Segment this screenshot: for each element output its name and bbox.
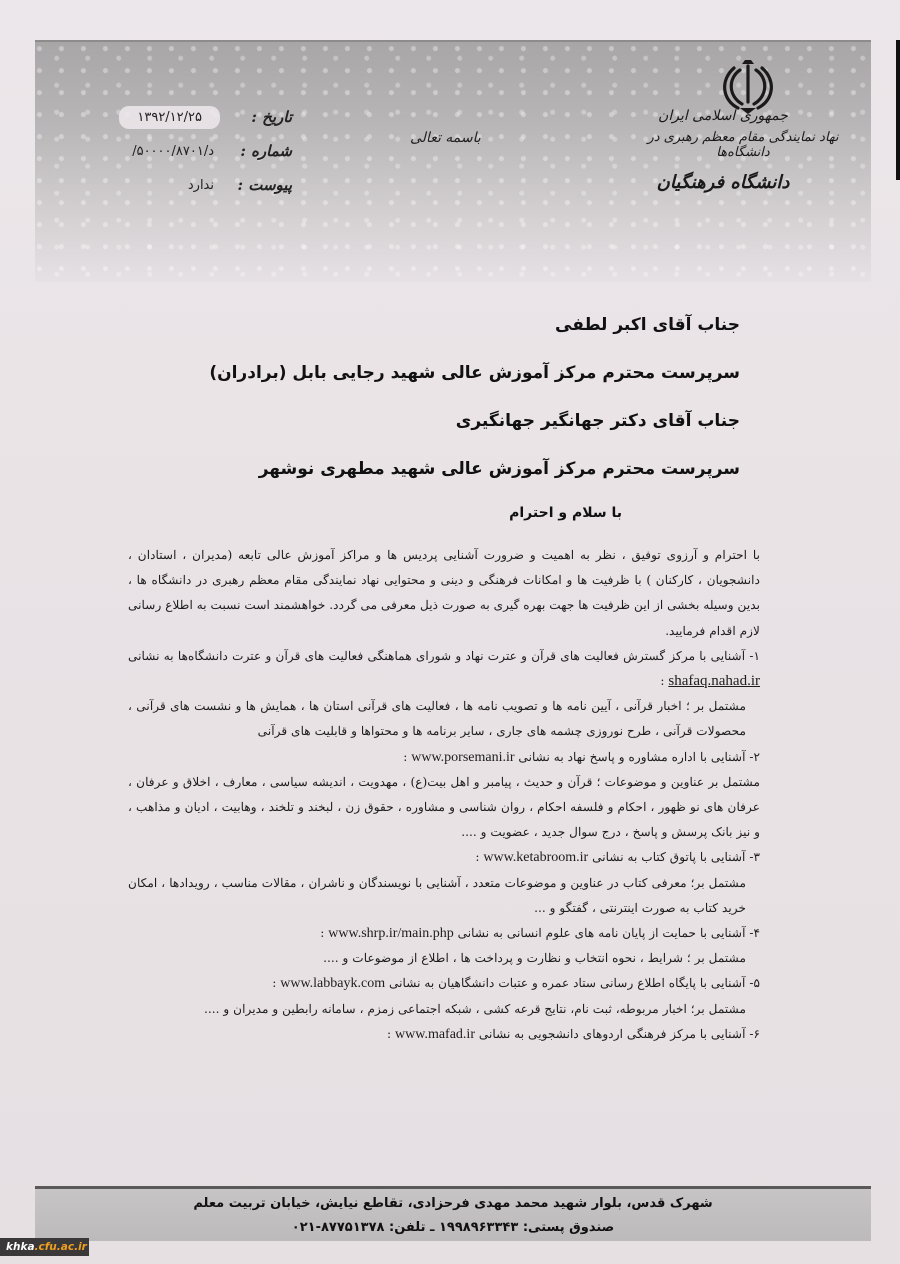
greeting: با سلام و احترام: [509, 505, 622, 521]
letter-body: با احترام و آرزوی توفیق ، نظر به اهمیت و…: [128, 543, 760, 1047]
addressee-1: جناب آقای اکبر لطفی: [209, 310, 740, 358]
item-5-desc: مشتمل بر؛ اخبار مربوطه، ثبت نام، نتایج ق…: [128, 997, 760, 1022]
scanned-letter: جمهوری اسلامی ایران نهاد نمایندگی مقام م…: [0, 0, 900, 1264]
basmala: باسمه تعالی: [410, 130, 481, 146]
item-6-title: ۶- آشنایی با مرکز فرهنگی اردوهای دانشجوی…: [128, 1022, 760, 1047]
attachment-label: پیوست :: [232, 176, 292, 194]
item-3-link[interactable]: www.ketabroom.ir: [483, 850, 588, 865]
item-5-title: ۵- آشنایی با پایگاه اطلاع رسانی ستاد عمر…: [128, 971, 760, 996]
item-2-title: ۲- آشنایی با اداره مشاوره و پاسخ نهاد به…: [128, 745, 760, 770]
date-row: تاریخ : ۱۳۹۲/۱۲/۲۵: [62, 100, 292, 134]
number-row: شماره : د/۵۰۰۰۰/۸۷۰۱/: [62, 134, 292, 168]
scan-edge: [896, 40, 900, 180]
date-value: ۱۳۹۲/۱۲/۲۵: [119, 106, 220, 129]
attachment-value: ندارد: [188, 178, 214, 193]
organization-name: نهاد نمایندگی مقام معظم رهبری در دانشگاه…: [628, 130, 858, 160]
item-4-title: ۴- آشنایی با حمایت از پایان نامه های علو…: [128, 921, 760, 946]
letter-meta: تاریخ : ۱۳۹۲/۱۲/۲۵ شماره : د/۵۰۰۰۰/۸۷۰۱/…: [62, 100, 292, 202]
country-name: جمهوری اسلامی ایران: [628, 108, 818, 124]
item-1-desc: مشتمل بر ؛ اخبار قرآنی ، آیین نامه ها و …: [128, 694, 760, 744]
intro-paragraph: با احترام و آرزوی توفیق ، نظر به اهمیت و…: [128, 543, 760, 644]
footer-address-block: شهرک قدس، بلوار شهید محمد مهدی فرحزادی، …: [35, 1192, 871, 1240]
item-2-link[interactable]: www.porsemani.ir: [411, 750, 514, 765]
number-label: شماره :: [232, 142, 292, 160]
item-3-desc: مشتمل بر؛ معرفی کتاب در عناوین و موضوعات…: [128, 871, 760, 921]
item-1-link[interactable]: shafaq.nahad.ir: [668, 673, 760, 689]
site-watermark: khka.cfu.ac.ir: [0, 1238, 89, 1256]
letterhead-text: جمهوری اسلامی ایران نهاد نمایندگی مقام م…: [628, 108, 858, 193]
addressee-3: جناب آقای دکتر جهانگیر جهانگیری: [209, 406, 740, 454]
attachment-row: پیوست : ندارد: [62, 168, 292, 202]
item-6-link[interactable]: www.mafad.ir: [395, 1027, 475, 1042]
addressee-4: سرپرست محترم مرکز آموزش عالی شهید مطهری …: [209, 454, 740, 502]
addressee-2: سرپرست محترم مرکز آموزش عالی شهید رجایی …: [209, 358, 740, 406]
item-4-desc: مشتمل بر ؛ شرایط ، نحوه انتخاب و نظارت و…: [128, 946, 760, 971]
footer-address: شهرک قدس، بلوار شهید محمد مهدی فرحزادی، …: [35, 1192, 871, 1216]
item-1-title: ۱- آشنایی با مرکز گسترش فعالیت های قرآن …: [128, 644, 760, 694]
university-name: دانشگاه فرهنگیان: [628, 172, 818, 193]
number-value: د/۵۰۰۰۰/۸۷۰۱/: [132, 144, 214, 159]
item-3-title: ۳- آشنایی با پاتوق کتاب به نشانی www.ket…: [128, 845, 760, 870]
item-2-desc: مشتمل بر عناوین و موضوعات ؛ قرآن و حدیث …: [128, 770, 760, 846]
item-5-link[interactable]: www.labbayk.com: [280, 976, 385, 991]
date-label: تاریخ :: [232, 108, 292, 126]
footer-contact: صندوق پستی: ۱۹۹۸۹۶۳۳۴۳ ـ تلفن: ۸۷۷۵۱۳۷۸-…: [35, 1216, 871, 1240]
addressee-block: جناب آقای اکبر لطفی سرپرست محترم مرکز آم…: [209, 310, 740, 502]
item-4-link[interactable]: www.shrp.ir/main.php: [328, 926, 453, 941]
